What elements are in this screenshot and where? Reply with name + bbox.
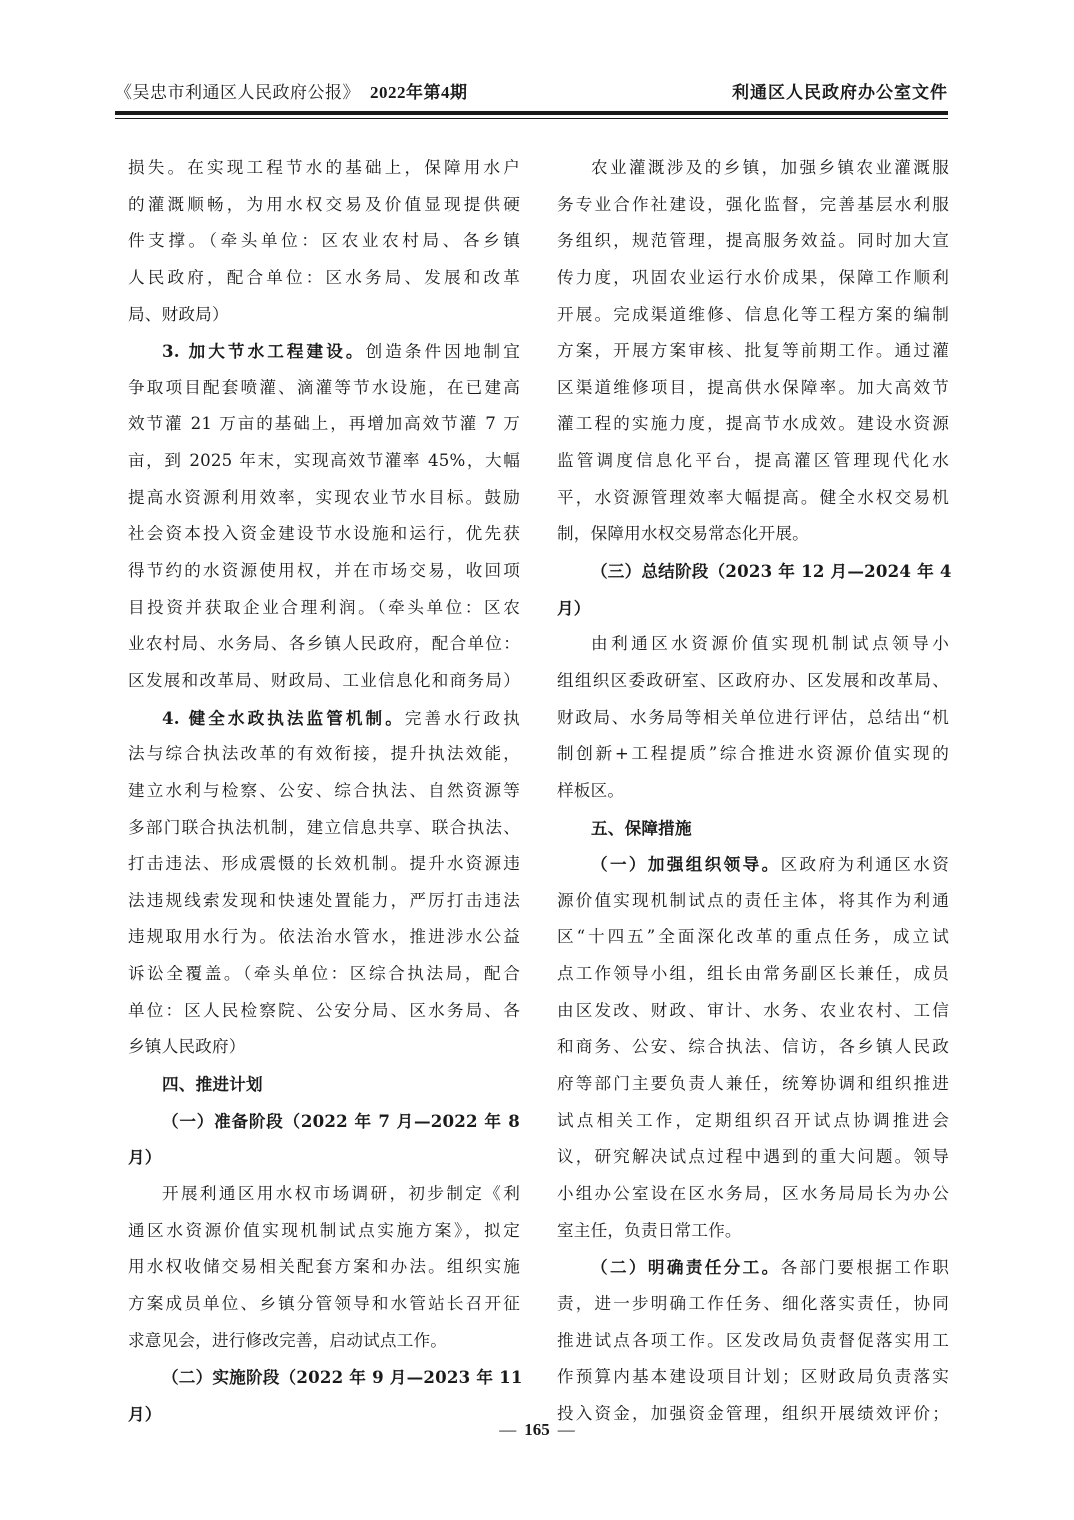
line-text: 月） — [557, 598, 591, 618]
text-line: 争取项目配套喷灌、滴灌等节水设施，在已建高 — [128, 370, 520, 407]
line-text: 平，水资源管理效率大幅提高。健全水权交易机 — [557, 488, 949, 507]
text-line: 乡镇人民政府） — [128, 1029, 520, 1066]
text-line: 开展利通区用水权市场调研，初步制定《利 — [128, 1176, 520, 1213]
text-line: 平，水资源管理效率大幅提高。健全水权交易机 — [557, 480, 949, 517]
text-line: 目投资并获取企业合理利润。（牵头单位：区农 — [128, 590, 520, 627]
text-line: 损失。在实现工程节水的基础上，保障用水户 — [128, 150, 520, 187]
line-text: （二）实施阶段（2022 年 9 月—2023 年 11 — [162, 1367, 523, 1387]
publication-title: 《吴忠市利通区人民政府公报》2022年第4期 — [115, 78, 468, 103]
line-text: 议，研究解决试点过程中遇到的重大问题。领导 — [557, 1147, 949, 1166]
line-text: 五、保障措施 — [591, 818, 692, 838]
line-text: 制创新+工程提质”综合推进水资源价值实现的 — [557, 744, 949, 763]
text-line: 诉讼全覆盖。（牵头单位：区综合执法局，配合 — [128, 956, 520, 993]
line-text: 各部门要根据工作职 — [781, 1258, 949, 1277]
text-line: 打击违法、形成震慑的长效机制。提升水资源违 — [128, 846, 520, 883]
section-heading: 四、推进计划 — [128, 1066, 520, 1103]
line-text: 得节约的水资源使用权，并在市场交易，收回项 — [128, 561, 520, 580]
header-rule-thin — [115, 118, 948, 119]
text-line: 区“十四五”全面深化改革的重点任务，成立试 — [557, 919, 949, 956]
page-footer: —165— — [0, 1420, 1074, 1440]
text-line: 亩，到 2025 年末，实现高效节灌率 45%，大幅 — [128, 443, 520, 480]
line-text: 单位：区人民检察院、公安分局、区水务局、各 — [128, 1001, 520, 1020]
text-line: 责，进一步明确工作任务、细化落实责任，协同 — [557, 1286, 949, 1323]
line-text: 区发展和改革局、财政局、工业信息化和商务局） — [128, 671, 520, 690]
text-line: 的灌溉顺畅，为用水权交易及价值显现提供硬 — [128, 187, 520, 224]
footer-dash-right: — — [558, 1420, 575, 1439]
line-text: 作预算内基本建设项目计划；区财政局负责落实 — [557, 1367, 949, 1386]
line-text: 的灌溉顺畅，为用水权交易及价值显现提供硬 — [128, 195, 520, 214]
text-line: 求意见会，进行修改完善，启动试点工作。 — [128, 1323, 520, 1360]
line-text: 灌工程的实施力度，提高节水成效。建设水资源 — [557, 414, 949, 433]
running-header: 《吴忠市利通区人民政府公报》2022年第4期 利通区人民政府办公室文件 — [115, 76, 948, 108]
line-text: 乡镇人民政府） — [128, 1037, 246, 1056]
text-line: 小组办公室设在区水务局，区水务局局长为办公 — [557, 1176, 949, 1213]
line-text: 开展。完成渠道维修、信息化等工程方案的编制 — [557, 305, 949, 324]
line-text: 财政局、水务局等相关单位进行评估，总结出“机 — [557, 708, 949, 727]
text-line: 方案，开展方案审核、批复等前期工作。通过灌 — [557, 333, 949, 370]
text-line: 得节约的水资源使用权，并在市场交易，收回项 — [128, 553, 520, 590]
line-text: 亩，到 2025 年末，实现高效节灌率 45%，大幅 — [128, 451, 520, 470]
text-line: 农业灌溉涉及的乡镇，加强乡镇农业灌溉服 — [557, 150, 949, 187]
text-line: 违规取用水行为。依法治水管水，推进涉水公益 — [128, 919, 520, 956]
text-line: 点工作领导小组，组长由常务副区长兼任，成员 — [557, 956, 949, 993]
item-title: 4. 健全水政执法监管机制。 — [162, 708, 405, 728]
text-line: 制创新+工程提质”综合推进水资源价值实现的 — [557, 736, 949, 773]
line-text: 效节灌 21 万亩的基础上，再增加高效节灌 7 万 — [128, 414, 520, 433]
stage-heading: （二）实施阶段（2022 年 9 月—2023 年 11 — [128, 1359, 520, 1396]
line-text: 争取项目配套喷灌、滴灌等节水设施，在已建高 — [128, 378, 520, 397]
text-line: 区渠道维修项目，提高供水保障率。加大高效节 — [557, 370, 949, 407]
text-line: 用水权收储交易相关配套方案和办法。组织实施 — [128, 1249, 520, 1286]
line-text: 通区水资源价值实现机制试点实施方案》，拟定 — [128, 1221, 520, 1240]
stage-heading: （一）准备阶段（2022 年 7 月—2022 年 8 — [128, 1103, 520, 1140]
line-text: 区“十四五”全面深化改革的重点任务，成立试 — [557, 927, 949, 946]
text-line: 制，保障用水权交易常态化开展。 — [557, 516, 949, 553]
line-text: 源价值实现机制试点的责任主体，将其作为利通 — [557, 891, 949, 910]
line-text: （一）准备阶段（2022 年 7 月—2022 年 8 — [162, 1111, 520, 1131]
text-line: 样板区。 — [557, 773, 949, 810]
item-title: （二）明确责任分工。 — [591, 1257, 781, 1277]
text-line: （一）加强组织领导。区政府为利通区水资 — [557, 846, 949, 883]
right-column: 农业灌溉涉及的乡镇，加强乡镇农业灌溉服务专业合作社建设，强化监督，完善基层水利服… — [557, 150, 949, 1432]
text-line: 务组织，规范管理，提高服务效益。同时加大宣 — [557, 223, 949, 260]
line-text: 由利通区水资源价值实现机制试点领导小 — [591, 634, 949, 653]
line-text: 月） — [128, 1147, 162, 1167]
text-line: 由区发改、财政、审计、水务、农业农村、工信 — [557, 993, 949, 1030]
line-text: 目投资并获取企业合理利润。（牵头单位：区农 — [128, 598, 520, 617]
page-number: 165 — [524, 1420, 550, 1439]
line-text: 多部门联合执法机制，建立信息共享、联合执法、 — [128, 818, 520, 837]
text-line: （二）明确责任分工。各部门要根据工作职 — [557, 1249, 949, 1286]
text-line: 局、财政局） — [128, 297, 520, 334]
text-line: 4. 健全水政执法监管机制。完善水行政执 — [128, 700, 520, 737]
text-line: 多部门联合执法机制，建立信息共享、联合执法、 — [128, 810, 520, 847]
line-text: 法与综合执法改革的有效衔接，提升执法效能， — [128, 744, 520, 763]
line-text: 样板区。 — [557, 781, 624, 800]
text-line: 作预算内基本建设项目计划；区财政局负责落实 — [557, 1359, 949, 1396]
line-text: 务组织，规范管理，提高服务效益。同时加大宣 — [557, 231, 949, 250]
line-text: 由区发改、财政、审计、水务、农业农村、工信 — [557, 1001, 949, 1020]
line-text: 创造条件因地制宜 — [366, 342, 520, 361]
line-text: 打击违法、形成震慑的长效机制。提升水资源违 — [128, 854, 520, 873]
text-line: 法与综合执法改革的有效衔接，提升执法效能， — [128, 736, 520, 773]
stage-heading: 月） — [128, 1139, 520, 1176]
line-text: 试点相关工作，定期组织召开试点协调推进会 — [557, 1111, 949, 1130]
text-line: 议，研究解决试点过程中遇到的重大问题。领导 — [557, 1139, 949, 1176]
text-line: 监管调度信息化平台，提高灌区管理现代化水 — [557, 443, 949, 480]
text-line: 人民政府，配合单位：区水务局、发展和改革 — [128, 260, 520, 297]
line-text: 点工作领导小组，组长由常务副区长兼任，成员 — [557, 964, 949, 983]
line-text: 传力度，巩固农业运行水价成果，保障工作顺利 — [557, 268, 949, 287]
line-text: 违规取用水行为。依法治水管水，推进涉水公益 — [128, 927, 520, 946]
text-line: 效节灌 21 万亩的基础上，再增加高效节灌 7 万 — [128, 406, 520, 443]
line-text: 方案成员单位、乡镇分管领导和水管站长召开征 — [128, 1294, 520, 1313]
text-line: 试点相关工作，定期组织召开试点协调推进会 — [557, 1103, 949, 1140]
text-line: 府等部门主要负责人兼任，统筹协调和组织推进 — [557, 1066, 949, 1103]
footer-dash-left: — — [499, 1420, 516, 1439]
line-text: 业农村局、水务局、各乡镇人民政府，配合单位： — [128, 634, 520, 653]
text-line: 社会资本投入资金建设节水设施和运行，优先获 — [128, 516, 520, 553]
publication-name: 《吴忠市利通区人民政府公报》 — [115, 83, 360, 103]
section-heading: 五、保障措施 — [557, 810, 949, 847]
line-text: 府等部门主要负责人兼任，统筹协调和组织推进 — [557, 1074, 949, 1093]
line-text: 小组办公室设在区水务局，区水务局局长为办公 — [557, 1184, 949, 1203]
text-line: 和商务、公安、综合执法、信访，各乡镇人民政 — [557, 1029, 949, 1066]
item-title: 3. 加大节水工程建设。 — [162, 341, 366, 361]
line-text: 务专业合作社建设，强化监督，完善基层水利服 — [557, 195, 949, 214]
line-text: 区渠道维修项目，提高供水保障率。加大高效节 — [557, 378, 949, 397]
line-text: 和商务、公安、综合执法、信访，各乡镇人民政 — [557, 1037, 949, 1056]
text-line: 开展。完成渠道维修、信息化等工程方案的编制 — [557, 297, 949, 334]
line-text: 完善水行政执 — [405, 709, 520, 728]
line-text: 提高水资源利用效率，实现农业节水目标。鼓励 — [128, 488, 520, 507]
line-text: （三）总结阶段（2023 年 12 月—2024 年 4 — [591, 561, 952, 581]
issue-label: 2022年第4期 — [370, 83, 468, 102]
line-text: 社会资本投入资金建设节水设施和运行，优先获 — [128, 524, 520, 543]
text-line: 方案成员单位、乡镇分管领导和水管站长召开征 — [128, 1286, 520, 1323]
line-text: 开展利通区用水权市场调研，初步制定《利 — [162, 1184, 520, 1203]
line-text: 责，进一步明确工作任务、细化落实责任，协同 — [557, 1294, 949, 1313]
text-line: 推进试点各项工作。区发改局负责督促落实用工 — [557, 1323, 949, 1360]
text-line: 提高水资源利用效率，实现农业节水目标。鼓励 — [128, 480, 520, 517]
line-text: 局、财政局） — [128, 305, 229, 324]
section-label: 利通区人民政府办公室文件 — [732, 78, 948, 103]
line-text: 法违规线索发现和快速处置能力，严厉打击违法 — [128, 891, 520, 910]
line-text: 监管调度信息化平台，提高灌区管理现代化水 — [557, 451, 949, 470]
line-text: 农业灌溉涉及的乡镇，加强乡镇农业灌溉服 — [591, 158, 949, 177]
line-text: 件支撑。（牵头单位：区农业农村局、各乡镇 — [128, 231, 520, 250]
text-line: 财政局、水务局等相关单位进行评估，总结出“机 — [557, 700, 949, 737]
text-line: 件支撑。（牵头单位：区农业农村局、各乡镇 — [128, 223, 520, 260]
line-text: 求意见会，进行修改完善，启动试点工作。 — [128, 1331, 447, 1350]
line-text: 人民政府，配合单位：区水务局、发展和改革 — [128, 268, 520, 287]
text-line: 源价值实现机制试点的责任主体，将其作为利通 — [557, 883, 949, 920]
text-line: 由利通区水资源价值实现机制试点领导小 — [557, 626, 949, 663]
line-text: 方案，开展方案审核、批复等前期工作。通过灌 — [557, 341, 949, 360]
text-line: 务专业合作社建设，强化监督，完善基层水利服 — [557, 187, 949, 224]
text-line: 单位：区人民检察院、公安分局、区水务局、各 — [128, 993, 520, 1030]
line-text: 用水权收储交易相关配套方案和办法。组织实施 — [128, 1257, 520, 1276]
line-text: 损失。在实现工程节水的基础上，保障用水户 — [128, 158, 520, 177]
text-line: 通区水资源价值实现机制试点实施方案》，拟定 — [128, 1213, 520, 1250]
text-line: 传力度，巩固农业运行水价成果，保障工作顺利 — [557, 260, 949, 297]
line-text: 组组织区委政研室、区政府办、区发展和改革局、 — [557, 671, 949, 690]
text-line: 业农村局、水务局、各乡镇人民政府，配合单位： — [128, 626, 520, 663]
line-text: 推进试点各项工作。区发改局负责督促落实用工 — [557, 1331, 949, 1350]
stage-heading: （三）总结阶段（2023 年 12 月—2024 年 4 — [557, 553, 949, 590]
item-title: （一）加强组织领导。 — [591, 854, 781, 874]
text-line: 组组织区委政研室、区政府办、区发展和改革局、 — [557, 663, 949, 700]
line-text: 室主任，负责日常工作。 — [557, 1221, 742, 1240]
text-line: 建立水利与检察、公安、综合执法、自然资源等 — [128, 773, 520, 810]
header-rule-thick — [115, 111, 948, 115]
line-text: 四、推进计划 — [162, 1074, 263, 1094]
text-line: 室主任，负责日常工作。 — [557, 1213, 949, 1250]
left-column: 损失。在实现工程节水的基础上，保障用水户的灌溉顺畅，为用水权交易及价值显现提供硬… — [128, 150, 520, 1432]
stage-heading: 月） — [557, 590, 949, 627]
text-line: 灌工程的实施力度，提高节水成效。建设水资源 — [557, 406, 949, 443]
text-line: 3. 加大节水工程建设。创造条件因地制宜 — [128, 333, 520, 370]
text-line: 区发展和改革局、财政局、工业信息化和商务局） — [128, 663, 520, 700]
line-text: 建立水利与检察、公安、综合执法、自然资源等 — [128, 781, 520, 800]
text-line: 法违规线索发现和快速处置能力，严厉打击违法 — [128, 883, 520, 920]
line-text: 诉讼全覆盖。（牵头单位：区综合执法局，配合 — [128, 964, 520, 983]
line-text: 制，保障用水权交易常态化开展。 — [557, 524, 809, 543]
line-text: 区政府为利通区水资 — [781, 855, 949, 874]
